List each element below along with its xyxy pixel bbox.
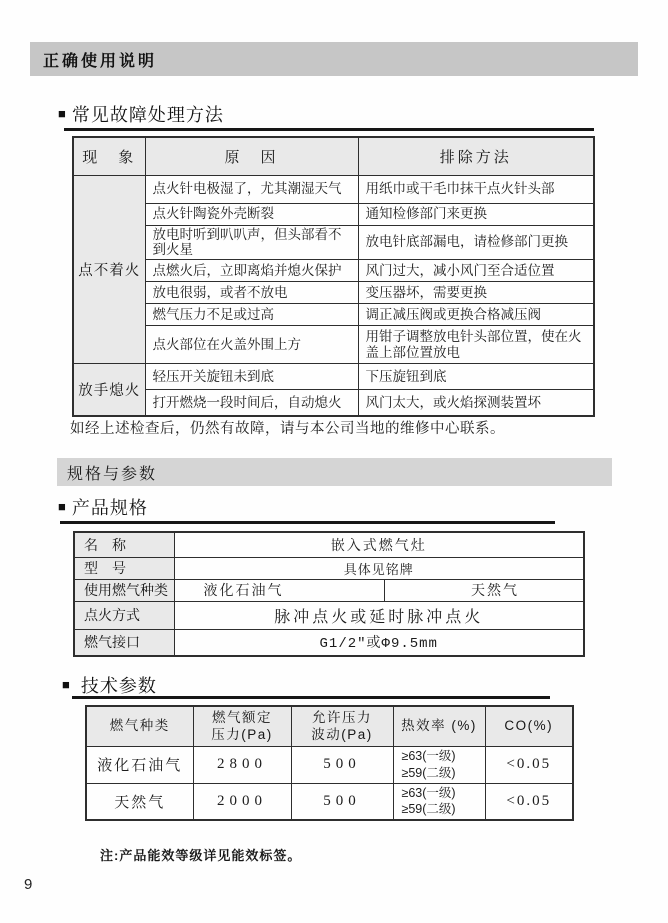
model-label: 型 号 xyxy=(74,557,174,579)
table-row: 点火部位在火盖外围上方 用钳子调整放电针头部位置，使在火盖上部位置放电 xyxy=(73,326,594,364)
table-row: 点火方式 脉冲点火或延时脉冲点火 xyxy=(74,601,584,629)
heading-underline xyxy=(60,521,555,524)
col-header-thermal-efficiency: 热效率 (%) xyxy=(393,706,485,746)
gas-type-label: 使用燃气种类 xyxy=(74,579,174,601)
remedy-cell: 通知检修部门来更换 xyxy=(358,203,594,225)
heading-underline xyxy=(72,696,550,699)
remedy-cell: 变压器坏，需要更换 xyxy=(358,282,594,304)
gas-type-cell: 天然气 xyxy=(86,783,193,820)
rated-pressure-cell: 2000 xyxy=(193,783,291,820)
page-header-title: 正确使用说明 xyxy=(30,48,157,71)
table-row: 点火针陶瓷外壳断裂 通知检修部门来更换 xyxy=(73,203,594,225)
rated-pressure-cell: 2800 xyxy=(193,746,291,783)
heading-underline xyxy=(64,128,594,131)
col-header-gas-type: 燃气种类 xyxy=(86,706,193,746)
table-row: 放电很弱，或者不放电 变压器坏，需要更换 xyxy=(73,282,594,304)
gas-interface-label: 燃气接口 xyxy=(74,629,174,656)
gas-type-lpg: 液化石油气 xyxy=(174,579,384,601)
product-spec-heading: ■ 产品规格 xyxy=(58,494,148,520)
co-cell: <0.05 xyxy=(485,746,573,783)
fault-section-title: 常见故障处理方法 xyxy=(72,101,224,127)
gas-type-cell: 液化石油气 xyxy=(86,746,193,783)
remedy-cell: 风门过大，减小风门至合适位置 xyxy=(358,260,594,282)
table-row: 点不着火 点火针电极湿了，尤其潮湿天气 用纸巾或干毛巾抹干点火针头部 xyxy=(73,175,594,203)
table-row: 使用燃气种类 液化石油气 天然气 xyxy=(74,579,584,601)
table-row: 燃气接口 G1/2″或Φ9.5mm xyxy=(74,629,584,656)
table-row: 液化石油气 2800 500 ≥63(一级) ≥59(二级) <0.05 xyxy=(86,746,573,783)
remedy-cell: 风门太大，或火焰探测装置坏 xyxy=(358,390,594,416)
spec-section-bar: 规格与参数 xyxy=(57,458,612,486)
col-header-remedy: 排除方法 xyxy=(358,137,594,175)
efficiency-cell: ≥63(一级) ≥59(二级) xyxy=(393,783,485,820)
cause-cell: 放电很弱，或者不放电 xyxy=(145,282,358,304)
cause-cell: 点燃火后，立即离焰并熄火保护 xyxy=(145,260,358,282)
table-row: 点燃火后，立即离焰并熄火保护 风门过大，减小风门至合适位置 xyxy=(73,260,594,282)
table-row: 打开燃烧一段时间后，自动熄火 风门太大，或火焰探测装置坏 xyxy=(73,390,594,416)
table-header-row: 燃气种类 燃气额定 压力(Pa) 允许压力 波动(Pa) 热效率 (%) CO(… xyxy=(86,706,573,746)
remedy-cell: 调正减压阀或更换合格减压阀 xyxy=(358,304,594,326)
table-row: 放手熄火 轻压开关旋钮未到底 下压旋钮到底 xyxy=(73,364,594,390)
table-row: 天然气 2000 500 ≥63(一级) ≥59(二级) <0.05 xyxy=(86,783,573,820)
tech-params-title: 技术参数 xyxy=(81,672,157,698)
ignition-value: 脉冲点火或延时脉冲点火 xyxy=(174,601,584,629)
fault-table: 现 象 原 因 排除方法 点不着火 点火针电极湿了，尤其潮湿天气 用纸巾或干毛巾… xyxy=(72,136,595,417)
cause-cell: 放电时听到叭叭声，但头部看不到火星 xyxy=(145,225,358,260)
remedy-cell: 放电针底部漏电，请检修部门更换 xyxy=(358,225,594,260)
col-header-pressure-fluctuation: 允许压力 波动(Pa) xyxy=(291,706,393,746)
col-header-rated-pressure: 燃气额定 压力(Pa) xyxy=(193,706,291,746)
model-value: 具体见铭牌 xyxy=(174,557,584,579)
cause-cell: 打开燃烧一段时间后，自动熄火 xyxy=(145,390,358,416)
ignition-label: 点火方式 xyxy=(74,601,174,629)
fault-table-note: 如经上述检查后，仍然有故障，请与本公司当地的维修中心联系。 xyxy=(70,417,505,438)
square-bullet-icon: ■ xyxy=(58,500,67,513)
fluctuation-cell: 500 xyxy=(291,783,393,820)
product-spec-title: 产品规格 xyxy=(72,494,148,520)
gas-interface-value: G1/2″或Φ9.5mm xyxy=(174,629,584,656)
efficiency-cell: ≥63(一级) ≥59(二级) xyxy=(393,746,485,783)
fluctuation-cell: 500 xyxy=(291,746,393,783)
remedy-cell: 用纸巾或干毛巾抹干点火针头部 xyxy=(358,175,594,203)
fault-section-heading: ■ 常见故障处理方法 xyxy=(58,101,224,127)
spec-section-bar-title: 规格与参数 xyxy=(57,461,157,484)
col-header-cause: 原 因 xyxy=(145,137,358,175)
product-spec-table: 名 称 嵌入式燃气灶 型 号 具体见铭牌 使用燃气种类 液化石油气 天然气 点火… xyxy=(73,531,585,657)
cause-cell: 点火针电极湿了，尤其潮湿天气 xyxy=(145,175,358,203)
energy-label-note: 注:产品能效等级详见能效标签。 xyxy=(100,845,301,864)
tech-params-table: 燃气种类 燃气额定 压力(Pa) 允许压力 波动(Pa) 热效率 (%) CO(… xyxy=(85,705,574,821)
name-value: 嵌入式燃气灶 xyxy=(174,532,584,557)
manual-page: 正确使用说明 ■ 常见故障处理方法 现 象 原 因 排除方法 点不着火 点火针电… xyxy=(0,0,668,923)
phenomenon-flameout: 放手熄火 xyxy=(73,364,145,416)
table-row: 名 称 嵌入式燃气灶 xyxy=(74,532,584,557)
page-header-bar: 正确使用说明 xyxy=(30,42,638,76)
co-cell: <0.05 xyxy=(485,783,573,820)
table-row: 放电时听到叭叭声，但头部看不到火星 放电针底部漏电，请检修部门更换 xyxy=(73,225,594,260)
gas-type-natural: 天然气 xyxy=(384,579,584,601)
cause-cell: 点火针陶瓷外壳断裂 xyxy=(145,203,358,225)
remedy-cell: 用钳子调整放电针头部位置，使在火盖上部位置放电 xyxy=(358,326,594,364)
square-bullet-icon: ■ xyxy=(62,678,71,691)
table-row: 燃气压力不足或过高 调正减压阀或更换合格减压阀 xyxy=(73,304,594,326)
square-bullet-icon: ■ xyxy=(58,107,67,120)
tech-params-heading: ■ 技术参数 xyxy=(62,672,157,698)
table-row: 型 号 具体见铭牌 xyxy=(74,557,584,579)
cause-cell: 轻压开关旋钮未到底 xyxy=(145,364,358,390)
col-header-co: CO(%) xyxy=(485,706,573,746)
table-header-row: 现 象 原 因 排除方法 xyxy=(73,137,594,175)
page-number: 9 xyxy=(24,876,32,893)
cause-cell: 点火部位在火盖外围上方 xyxy=(145,326,358,364)
remedy-cell: 下压旋钮到底 xyxy=(358,364,594,390)
col-header-phenomenon: 现 象 xyxy=(73,137,145,175)
phenomenon-no-ignition: 点不着火 xyxy=(73,175,145,364)
name-label: 名 称 xyxy=(74,532,174,557)
cause-cell: 燃气压力不足或过高 xyxy=(145,304,358,326)
